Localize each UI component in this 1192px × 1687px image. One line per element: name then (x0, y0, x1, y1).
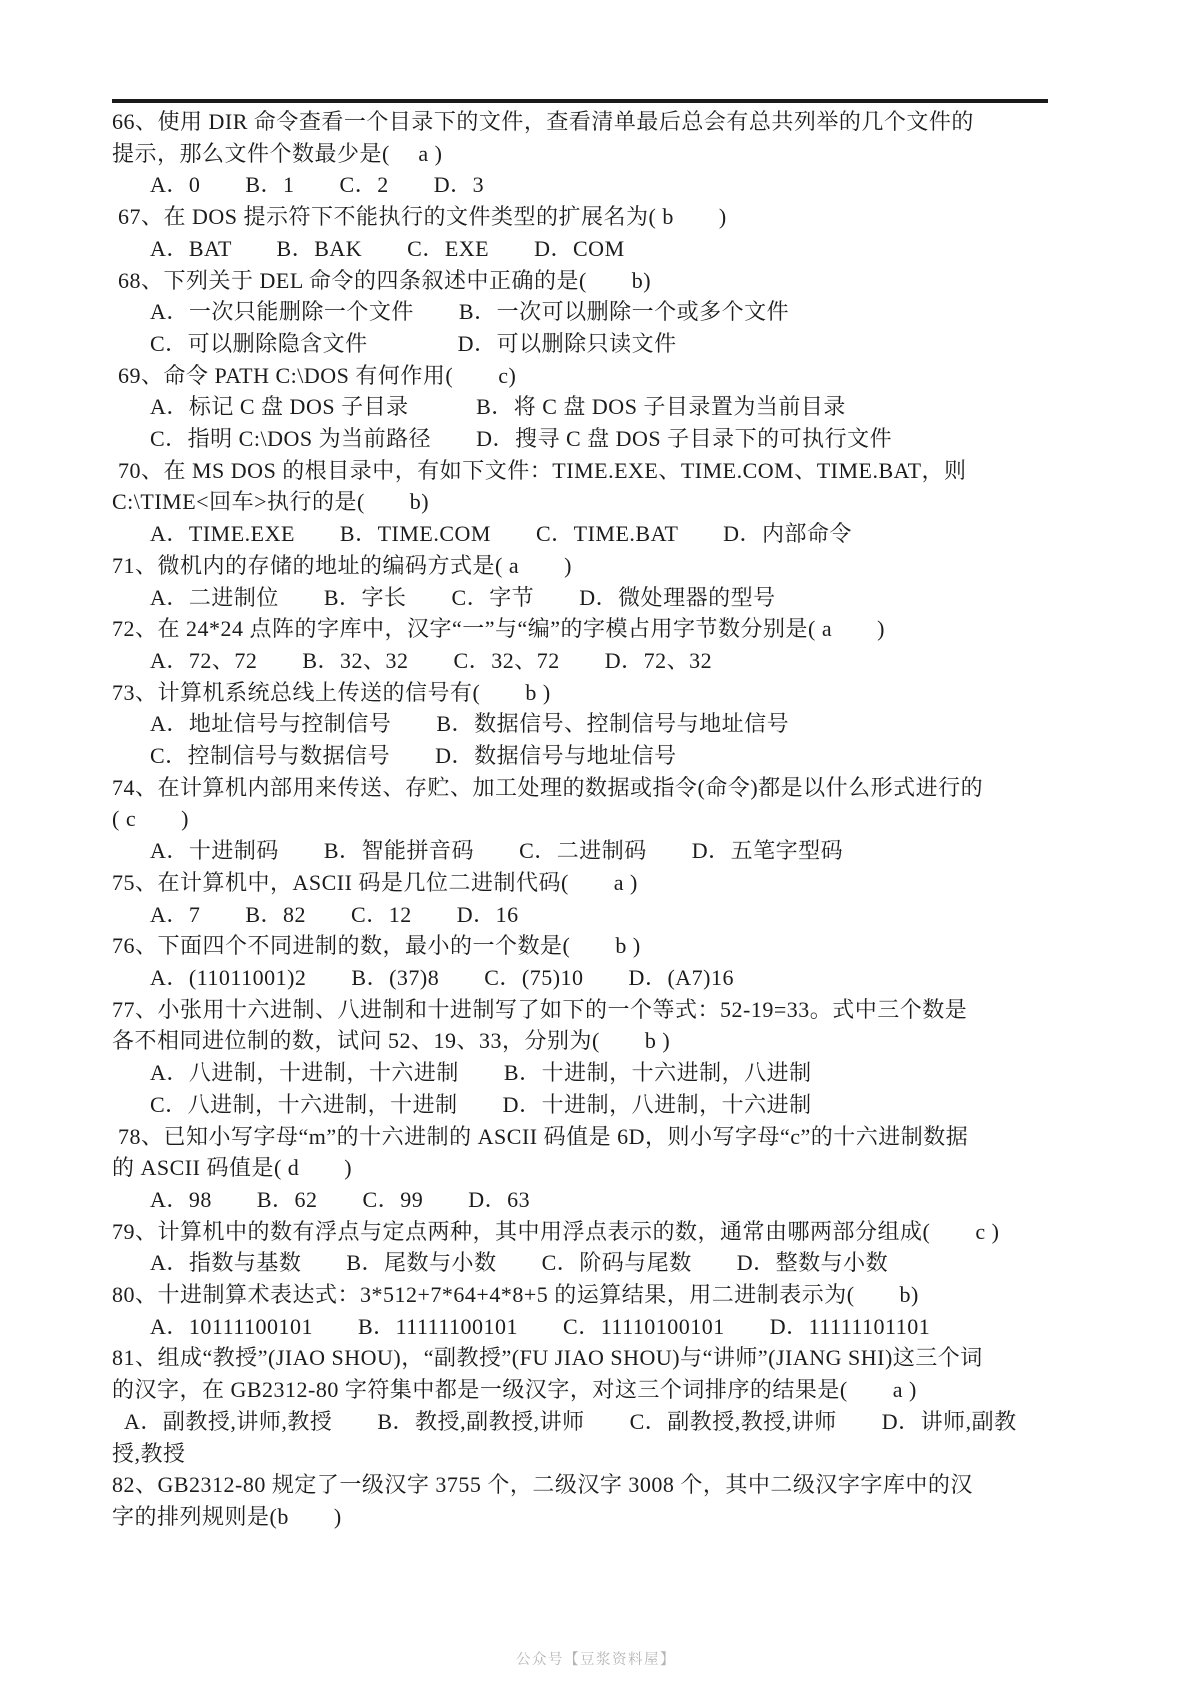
question-line: 67、在 DOS 提示符下不能执行的文件类型的扩展名为( b ) (112, 201, 1122, 233)
question-line: 75、在计算机中，ASCII 码是几位二进制代码( a ) (112, 867, 1122, 899)
question-line: A．地址信号与控制信号 B．数据信号、控制信号与地址信号 (112, 708, 1122, 740)
question-line: 的 ASCII 码值是( d ) (112, 1152, 1122, 1184)
question-line: 77、小张用十六进制、八进制和十进制写了如下的一个等式：52-19=33。式中三… (112, 994, 1122, 1026)
header-rule (112, 99, 1048, 103)
question-73: 73、计算机系统总线上传送的信号有( b )A．地址信号与控制信号 B．数据信号… (112, 677, 1122, 772)
question-line: 81、组成“教授”(JIAO SHOU)，“副教授”(FU JIAO SHOU)… (112, 1342, 1122, 1374)
question-line: A．TIME.EXE B．TIME.COM C．TIME.BAT D．内部命令 (112, 518, 1122, 550)
question-78: 78、已知小写字母“m”的十六进制的 ASCII 码值是 6D，则小写字母“c”… (112, 1121, 1122, 1216)
question-71: 71、微机内的存储的地址的编码方式是( a )A．二进制位 B．字长 C．字节 … (112, 550, 1122, 613)
question-line: 70、在 MS DOS 的根目录中，有如下文件：TIME.EXE、TIME.CO… (112, 455, 1122, 487)
question-line: A．八进制，十进制，十六进制 B．十进制，十六进制，八进制 (112, 1057, 1122, 1089)
question-line: A．0 B．1 C．2 D．3 (112, 169, 1122, 201)
question-line: 71、微机内的存储的地址的编码方式是( a ) (112, 550, 1122, 582)
question-line: C．指明 C:\DOS 为当前路径 D．搜寻 C 盘 DOS 子目录下的可执行文… (112, 423, 1122, 455)
question-line: 74、在计算机内部用来传送、存贮、加工处理的数据或指令(命令)都是以什么形式进行… (112, 772, 1122, 804)
question-line: ( c ) (112, 803, 1122, 835)
question-line: C．控制信号与数据信号 D．数据信号与地址信号 (112, 740, 1122, 772)
question-line: A．BAT B．BAK C．EXE D．COM (112, 233, 1122, 265)
question-72: 72、在 24*24 点阵的字库中，汉字“一”与“编”的字模占用字节数分别是( … (112, 613, 1122, 676)
question-77: 77、小张用十六进制、八进制和十进制写了如下的一个等式：52-19=33。式中三… (112, 994, 1122, 1121)
question-82: 82、GB2312-80 规定了一级汉字 3755 个，二级汉字 3008 个，… (112, 1469, 1122, 1532)
question-line: 82、GB2312-80 规定了一级汉字 3755 个，二级汉字 3008 个，… (112, 1469, 1122, 1501)
question-66: 66、使用 DIR 命令查看一个目录下的文件，查看清单最后总会有总共列举的几个文… (112, 106, 1122, 201)
question-line: A．指数与基数 B．尾数与小数 C．阶码与尾数 D．整数与小数 (112, 1247, 1122, 1279)
question-80: 80、十进制算术表达式：3*512+7*64+4*8+5 的运算结果，用二进制表… (112, 1279, 1122, 1342)
question-line: 73、计算机系统总线上传送的信号有( b ) (112, 677, 1122, 709)
question-line: A．二进制位 B．字长 C．字节 D．微处理器的型号 (112, 582, 1122, 614)
question-line: A．十进制码 B．智能拼音码 C．二进制码 D．五笔字型码 (112, 835, 1122, 867)
footer-watermark: 公众号【豆浆资料屋】 (0, 1648, 1192, 1669)
question-76: 76、下面四个不同进制的数，最小的一个数是( b )A．(11011001)2 … (112, 930, 1122, 993)
question-line: 各不相同进位制的数，试问 52、19、33，分别为( b ) (112, 1025, 1122, 1057)
question-line: C．可以删除隐含文件 D．可以删除只读文件 (112, 328, 1122, 360)
question-line: 79、计算机中的数有浮点与定点两种，其中用浮点表示的数，通常由哪两部分组成( c… (112, 1216, 1122, 1248)
question-line: 72、在 24*24 点阵的字库中，汉字“一”与“编”的字模占用字节数分别是( … (112, 613, 1122, 645)
question-line: A．10111100101 B．11111100101 C．1111010010… (112, 1311, 1122, 1343)
question-line: 授,教授 (112, 1438, 1122, 1470)
question-75: 75、在计算机中，ASCII 码是几位二进制代码( a )A．7 B．82 C．… (112, 867, 1122, 930)
question-81: 81、组成“教授”(JIAO SHOU)，“副教授”(FU JIAO SHOU)… (112, 1342, 1122, 1469)
question-69: 69、命令 PATH C:\DOS 有何作用( c)A．标记 C 盘 DOS 子… (112, 360, 1122, 455)
question-line: 78、已知小写字母“m”的十六进制的 ASCII 码值是 6D，则小写字母“c”… (112, 1121, 1122, 1153)
question-line: A．72、72 B．32、32 C．32、72 D．72、32 (112, 645, 1122, 677)
question-line: 字的排列规则是(b ) (112, 1501, 1122, 1533)
question-line: 76、下面四个不同进制的数，最小的一个数是( b ) (112, 930, 1122, 962)
question-list: 66、使用 DIR 命令查看一个目录下的文件，查看清单最后总会有总共列举的几个文… (112, 106, 1122, 1533)
question-line: A．98 B．62 C．99 D．63 (112, 1184, 1122, 1216)
question-line: 69、命令 PATH C:\DOS 有何作用( c) (112, 360, 1122, 392)
question-line: A．标记 C 盘 DOS 子目录 B．将 C 盘 DOS 子目录置为当前目录 (112, 391, 1122, 423)
question-line: A．7 B．82 C．12 D．16 (112, 899, 1122, 931)
question-line: C:\TIME<回车>执行的是( b) (112, 486, 1122, 518)
question-line: 66、使用 DIR 命令查看一个目录下的文件，查看清单最后总会有总共列举的几个文… (112, 106, 1122, 138)
question-line: C．八进制，十六进制，十进制 D．十进制，八进制，十六进制 (112, 1089, 1122, 1121)
question-70: 70、在 MS DOS 的根目录中，有如下文件：TIME.EXE、TIME.CO… (112, 455, 1122, 550)
question-line: 提示，那么文件个数最少是( a ) (112, 138, 1122, 170)
question-line: 80、十进制算术表达式：3*512+7*64+4*8+5 的运算结果，用二进制表… (112, 1279, 1122, 1311)
question-line: A．(11011001)2 B．(37)8 C．(75)10 D．(A7)16 (112, 962, 1122, 994)
question-67: 67、在 DOS 提示符下不能执行的文件类型的扩展名为( b )A．BAT B．… (112, 201, 1122, 264)
question-68: 68、下列关于 DEL 命令的四条叙述中正确的是( b)A．一次只能删除一个文件… (112, 265, 1122, 360)
question-line: 68、下列关于 DEL 命令的四条叙述中正确的是( b) (112, 265, 1122, 297)
question-79: 79、计算机中的数有浮点与定点两种，其中用浮点表示的数，通常由哪两部分组成( c… (112, 1216, 1122, 1279)
question-line: 的汉字，在 GB2312-80 字符集中都是一级汉字，对这三个词排序的结果是( … (112, 1374, 1122, 1406)
question-74: 74、在计算机内部用来传送、存贮、加工处理的数据或指令(命令)都是以什么形式进行… (112, 772, 1122, 867)
exam-page: 66、使用 DIR 命令查看一个目录下的文件，查看清单最后总会有总共列举的几个文… (0, 0, 1192, 1687)
question-line: A．一次只能删除一个文件 B．一次可以删除一个或多个文件 (112, 296, 1122, 328)
question-line: A．副教授,讲师,教授 B．教授,副教授,讲师 C．副教授,教授,讲师 D．讲师… (112, 1406, 1122, 1438)
